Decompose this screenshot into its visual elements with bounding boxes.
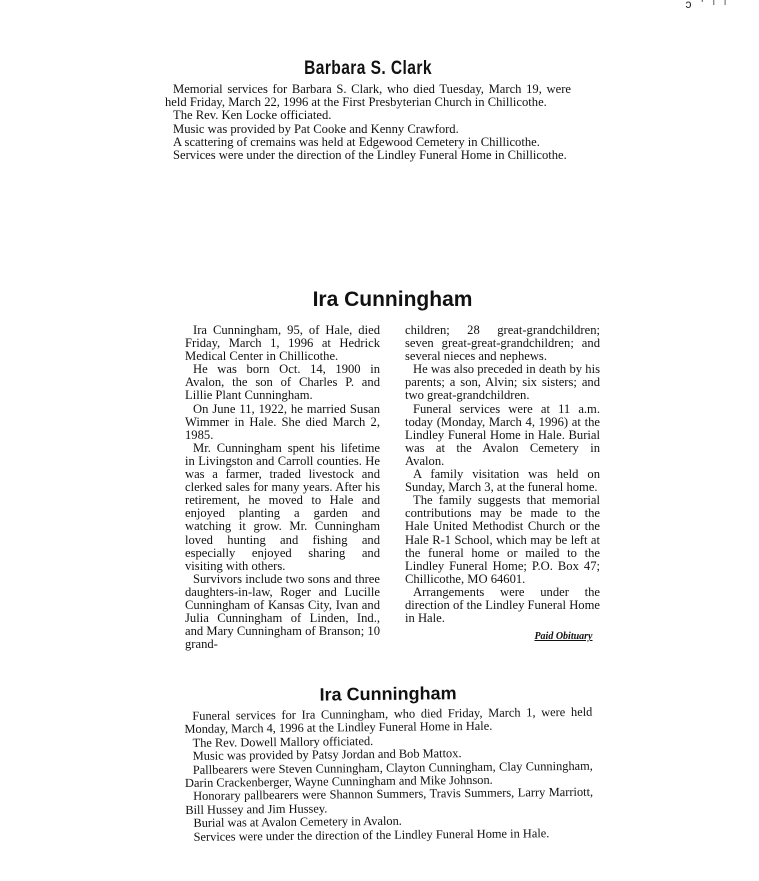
obituary-paragraph: children; 28 great-grandchildren; seven …: [405, 324, 600, 363]
obituary-paragraph: The Rev. Ken Locke officiated.: [165, 109, 571, 122]
obituary-heading: Ira Cunningham: [185, 288, 600, 312]
obituary-paragraph: Music was provided by Pat Cooke and Kenn…: [165, 123, 571, 136]
obituary-paragraph: On June 11, 1922, he married Susan Wimme…: [185, 403, 380, 442]
obituary-paragraph: Arrangements were under the direction of…: [405, 586, 600, 625]
obituary-paragraph: Honorary pallbearers were Shannon Summer…: [185, 786, 593, 817]
obituary-paragraph: Memorial services for Barbara S. Clark, …: [165, 83, 571, 109]
obituary-body: Funeral services for Ira Cunningham, who…: [184, 706, 593, 844]
obituary-body: Memorial services for Barbara S. Clark, …: [165, 83, 571, 162]
obituary-ira-cunningham-funeral: Ira Cunningham Funeral services for Ira …: [184, 682, 594, 844]
obituary-paragraph: Ira Cunningham, 95, of Hale, died Friday…: [185, 324, 380, 363]
obituary-paragraph: Funeral services for Ira Cunningham, who…: [184, 706, 592, 737]
obituary-columns: Ira Cunningham, 95, of Hale, died Friday…: [185, 324, 600, 651]
obituary-paragraph: Survivors include two sons and three dau…: [185, 573, 380, 652]
paid-obituary-label: Paid Obituary: [405, 631, 600, 642]
obituary-paragraph: He was also preceded in death by his par…: [405, 363, 600, 402]
obituary-paragraph: Services were under the direction of the…: [165, 149, 571, 162]
obituary-paragraph: Funeral services were at 11 a.m. today (…: [405, 403, 600, 468]
obituary-column-left: Ira Cunningham, 95, of Hale, died Friday…: [185, 324, 380, 651]
obituary-ira-cunningham-paid: Ira Cunningham Ira Cunningham, 95, of Ha…: [185, 288, 600, 651]
obituary-paragraph: A family visitation was held on Sunday, …: [405, 468, 600, 494]
obituary-heading: Ira Cunningham: [184, 682, 592, 707]
obituary-paragraph: He was born Oct. 14, 1900 in Avalon, the…: [185, 363, 380, 402]
obituary-paragraph: Mr. Cunningham spent his lifetime in Liv…: [185, 442, 380, 573]
obituary-paragraph: The family suggests that memorial contri…: [405, 494, 600, 586]
obituary-column-right: children; 28 great-grandchildren; seven …: [405, 324, 600, 651]
obituary-paragraph: Services were under the direction of the…: [186, 826, 594, 844]
obituary-heading: Barbara S. Clark: [202, 58, 535, 80]
margin-pen-mark: ɔ ʼ ˡ ˡ: [686, 0, 729, 8]
obituary-barbara-clark: Barbara S. Clark Memorial services for B…: [165, 58, 571, 162]
